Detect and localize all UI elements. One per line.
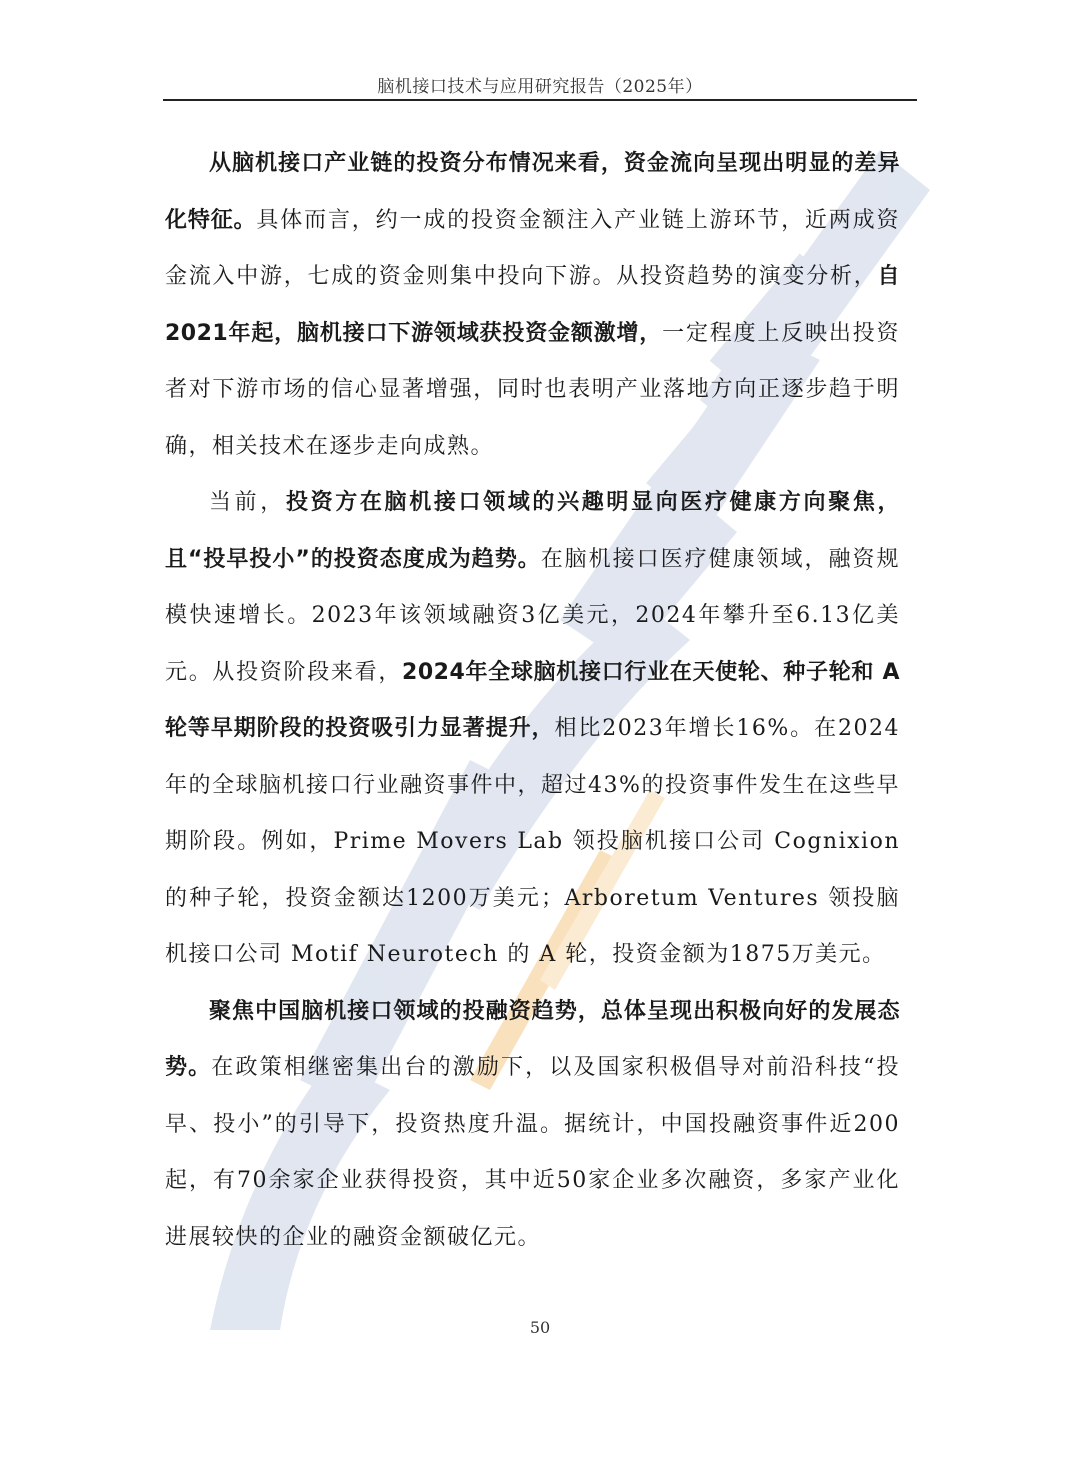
running-header-title: 脑机接口技术与应用研究报告（2025年） [163,72,917,97]
header-divider [163,99,917,101]
body-text-segment: 在政策相继密集出台的激励下，以及国家积极倡导对前沿科技“投早、投小”的引导下，投… [165,1055,900,1250]
paragraph-healthcare-focus: 当前，投资方在脑机接口领域的兴趣明显向医疗健康方向聚焦，且“投早投小”的投资态度… [165,475,900,984]
page-number: 50 [0,1318,1080,1337]
paragraph-investment-distribution: 从脑机接口产业链的投资分布情况来看，资金流向呈现出明显的差异化特征。具体而言，约… [165,136,900,475]
body-text-segment: 当前， [209,490,286,515]
paragraph-china-investment: 聚焦中国脑机接口领域的投融资趋势，总体呈现出积极向好的发展态势。在政策相继密集出… [165,984,900,1267]
body-text-segment: 相比2023年增长16%。在2024年的全球脑机接口行业融资事件中，超过43%的… [165,716,900,967]
body-text: 从脑机接口产业链的投资分布情况来看，资金流向呈现出明显的差异化特征。具体而言，约… [165,136,900,1266]
body-text-segment: 具体而言，约一成的投资金额注入产业链上游环节，近两成资金流入中游，七成的资金则集… [165,208,900,290]
document-page: 脑机接口技术与应用研究报告（2025年） 从脑机接口产业链的投资分布情况来看，资… [0,0,1080,1466]
